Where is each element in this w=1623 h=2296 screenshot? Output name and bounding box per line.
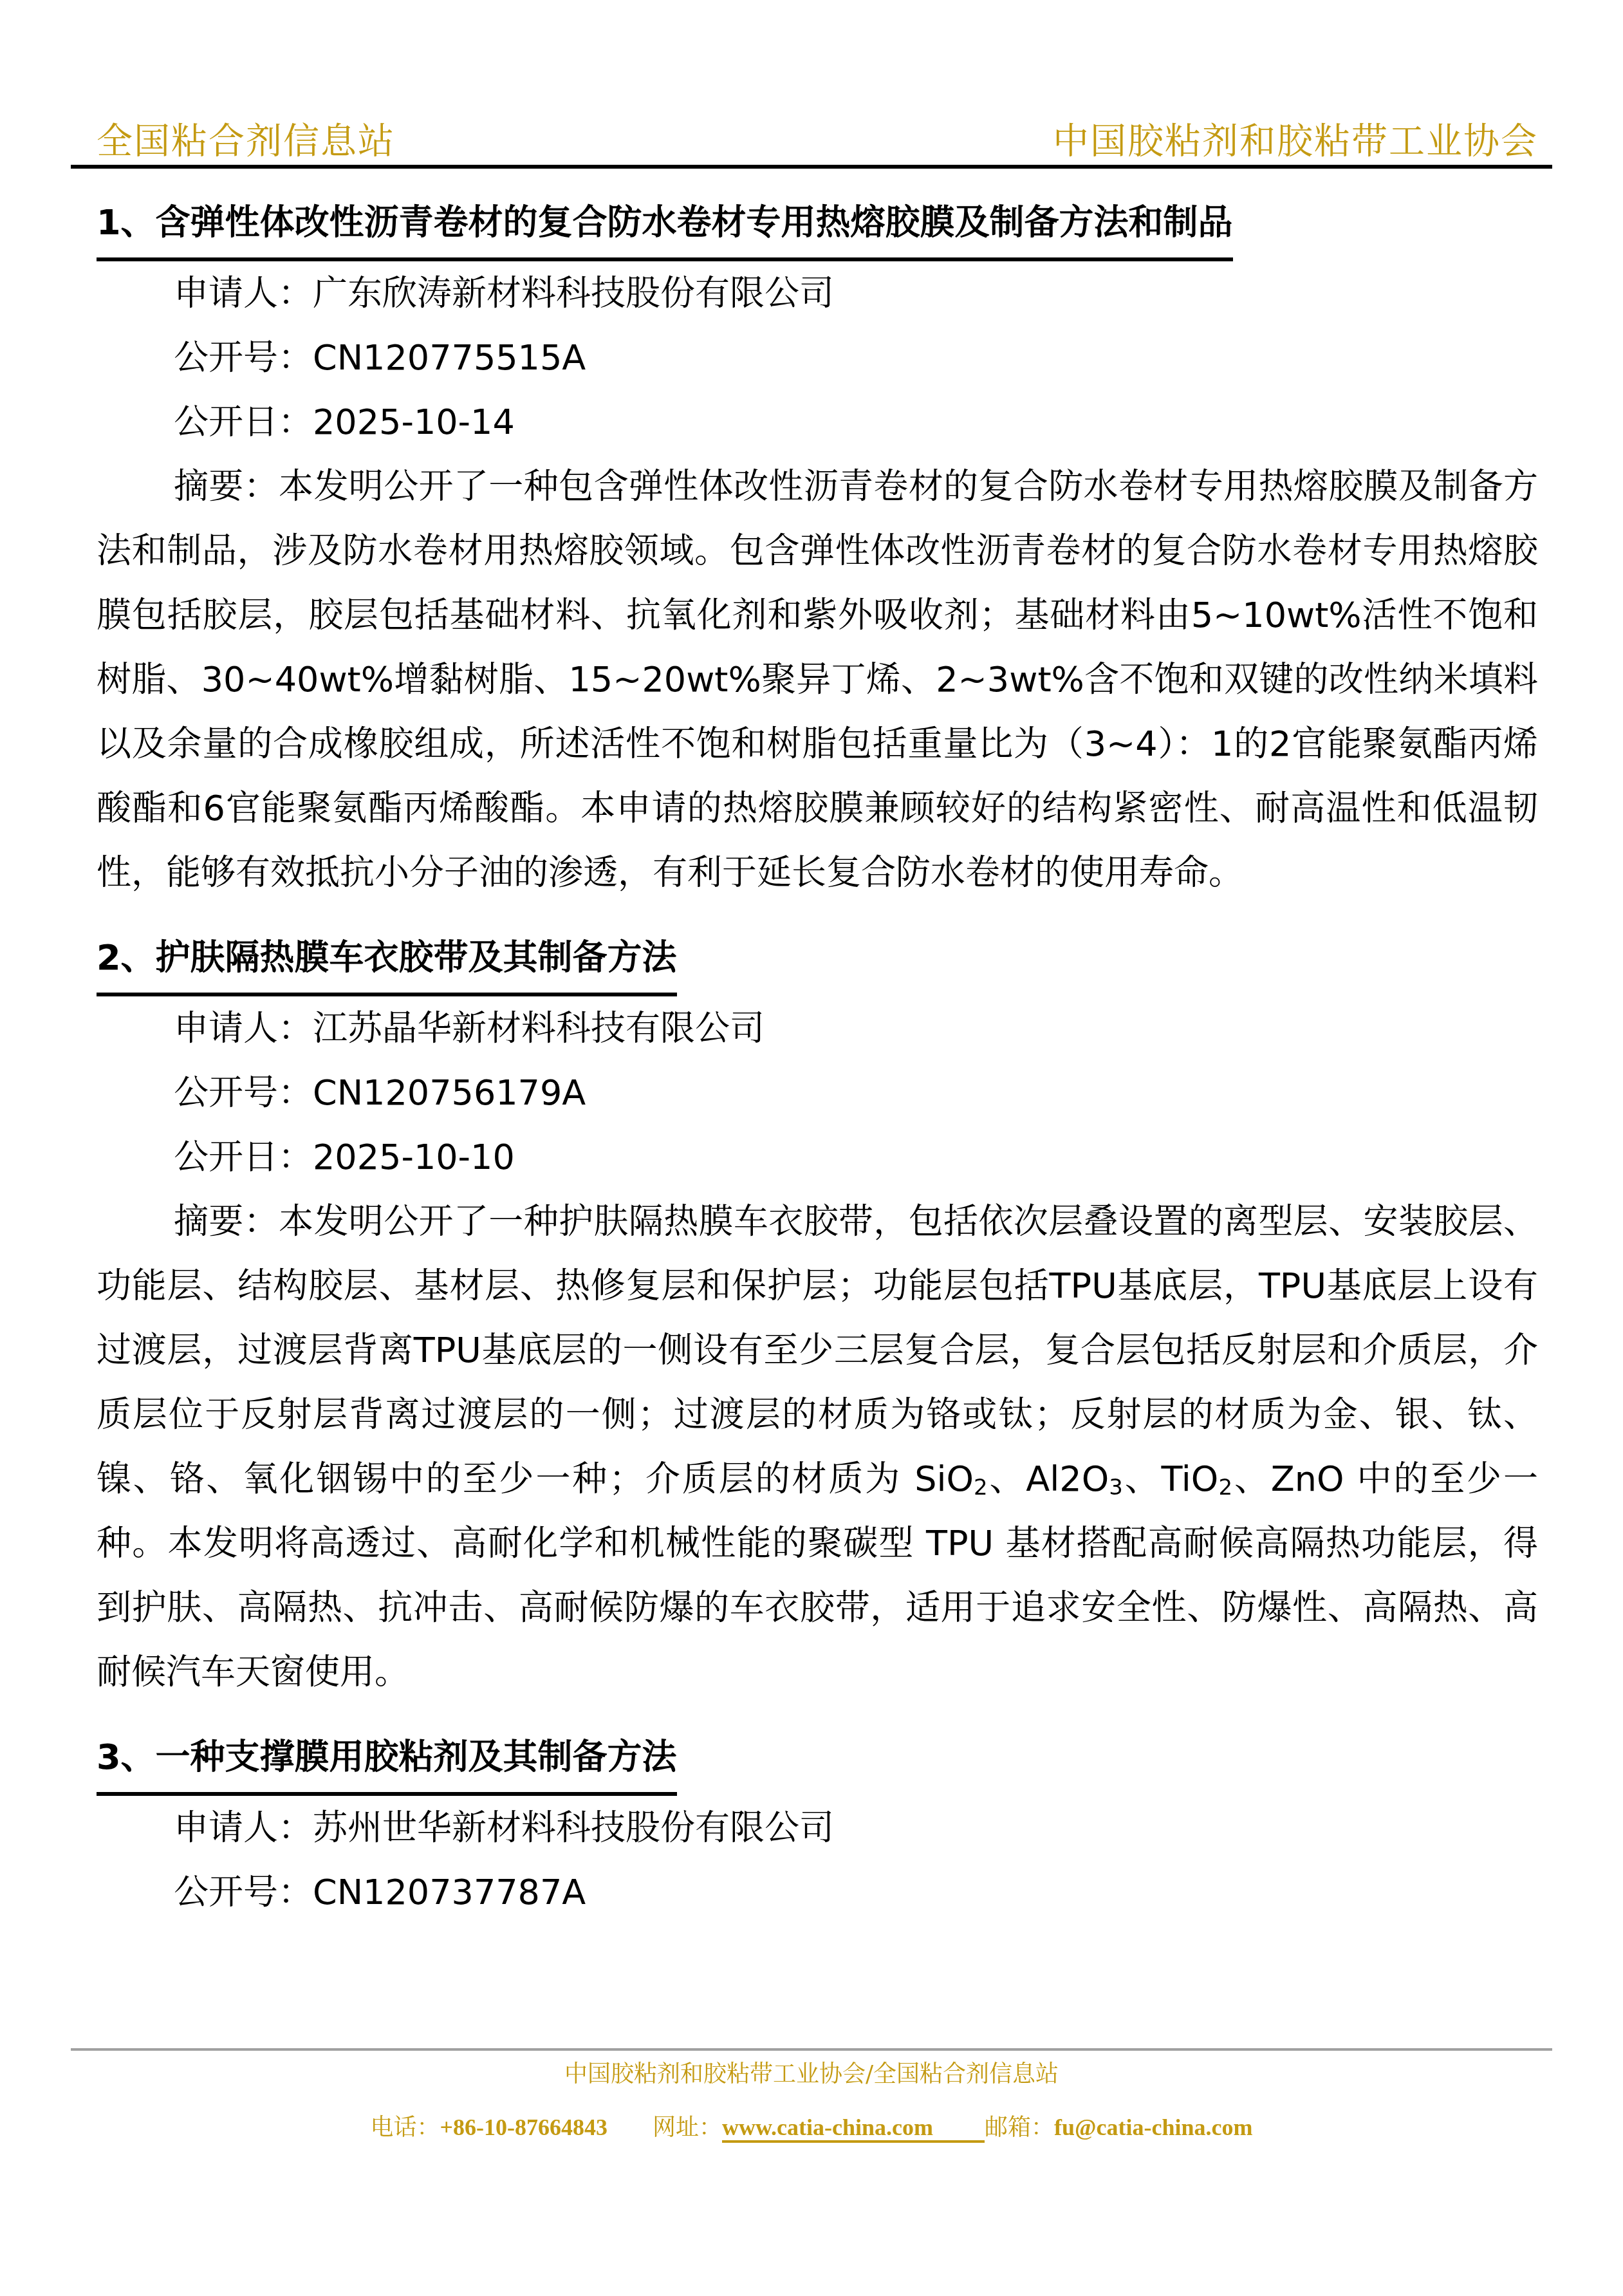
abstract-paragraph: 摘要：本发明公开了一种包含弹性体改性沥青卷材的复合防水卷材专用热熔胶膜及制备方法… xyxy=(97,454,1538,905)
applicant-value: 苏州世华新材料科技股份有限公司 xyxy=(313,1807,834,1848)
footer-organization: 中国胶粘剂和胶粘带工业协会/全国粘合剂信息站 xyxy=(0,2058,1623,2091)
header-association-name: 中国胶粘剂和胶粘带工业协会 xyxy=(1053,116,1538,167)
pub-number-label: 公开号： xyxy=(174,1072,313,1113)
applicant-line: 申请人：江苏晶华新材料科技有限公司 xyxy=(97,996,1538,1061)
pub-date-value: 2025-10-10 xyxy=(313,1137,515,1177)
phone-label: 电话： xyxy=(371,2114,440,2141)
pub-number-line: 公开号：CN120756179A xyxy=(97,1061,1538,1125)
applicant-value: 江苏晶华新材料科技有限公司 xyxy=(313,1008,765,1049)
pub-number-line: 公开号：CN120737787A xyxy=(97,1860,1538,1925)
applicant-line: 申请人：苏州世华新材料科技股份有限公司 xyxy=(97,1796,1538,1860)
applicant-label: 申请人： xyxy=(174,273,313,313)
pub-date-line: 公开日：2025-10-14 xyxy=(97,390,1538,454)
subscript: 2 xyxy=(1218,1475,1232,1500)
footer-divider xyxy=(71,2048,1552,2051)
abstract-paragraph: 摘要：本发明公开了一种护肤隔热膜车衣胶带，包括依次层叠设置的离型层、安装胶层、功… xyxy=(97,1190,1538,1704)
email-address[interactable]: fu@catia-china.com xyxy=(1054,2114,1252,2140)
pub-date-label: 公开日： xyxy=(174,1137,313,1177)
patent-entry-1: 1、含弹性体改性沥青卷材的复合防水卷材专用热熔胶膜及制备方法和制品 申请人：广东… xyxy=(97,193,1538,905)
pub-number-label: 公开号： xyxy=(174,337,313,378)
footer-contact-line: 电话：+86-10-87664843网址：www.catia-china.com… xyxy=(0,2111,1623,2144)
header-divider xyxy=(71,165,1552,169)
abstract-text: 本发明公开了一种护肤隔热膜车衣胶带，包括依次层叠设置的离型层、安装胶层、功能层、… xyxy=(97,1201,1538,1499)
document-body: 1、含弹性体改性沥青卷材的复合防水卷材专用热熔胶膜及制备方法和制品 申请人：广东… xyxy=(97,193,1538,1925)
abstract-label: 摘要： xyxy=(174,1201,279,1242)
abstract-text: 、TiO xyxy=(1123,1459,1219,1499)
subscript: 3 xyxy=(1109,1475,1123,1500)
pub-number-line: 公开号：CN120775515A xyxy=(97,326,1538,390)
applicant-label: 申请人： xyxy=(174,1008,313,1049)
patent-title: 1、含弹性体改性沥青卷材的复合防水卷材专用热熔胶膜及制备方法和制品 xyxy=(97,193,1233,261)
website-link[interactable]: www.catia-china.com xyxy=(722,2114,985,2143)
section-spacer xyxy=(97,905,1538,928)
abstract-text: 本发明公开了一种包含弹性体改性沥青卷材的复合防水卷材专用热熔胶膜及制备方法和制品… xyxy=(97,466,1538,893)
abstract-text: 、Al2O xyxy=(988,1459,1109,1499)
pub-number-label: 公开号： xyxy=(174,1872,313,1912)
pub-date-line: 公开日：2025-10-10 xyxy=(97,1125,1538,1190)
patent-title: 3、一种支撑膜用胶粘剂及其制备方法 xyxy=(97,1728,677,1796)
applicant-value: 广东欣涛新材料科技股份有限公司 xyxy=(313,273,834,313)
phone-number: +86-10-87664843 xyxy=(440,2114,608,2140)
patent-entry-3: 3、一种支撑膜用胶粘剂及其制备方法 申请人：苏州世华新材料科技股份有限公司 公开… xyxy=(97,1728,1538,1925)
header-site-name: 全国粘合剂信息站 xyxy=(97,116,395,167)
patent-entry-2: 2、护肤隔热膜车衣胶带及其制备方法 申请人：江苏晶华新材料科技有限公司 公开号：… xyxy=(97,928,1538,1704)
pub-date-label: 公开日： xyxy=(174,402,313,442)
subscript: 2 xyxy=(974,1475,988,1500)
website-label: 网址： xyxy=(653,2114,722,2141)
section-spacer xyxy=(97,1704,1538,1728)
applicant-line: 申请人：广东欣涛新材料科技股份有限公司 xyxy=(97,261,1538,326)
pub-date-value: 2025-10-14 xyxy=(313,402,515,442)
pub-number-value: CN120737787A xyxy=(313,1872,586,1912)
page-header: 全国粘合剂信息站 中国胶粘剂和胶粘带工业协会 xyxy=(97,116,1538,167)
email-label: 邮箱： xyxy=(985,2114,1054,2141)
pub-number-value: CN120756179A xyxy=(313,1072,586,1113)
patent-title: 2、护肤隔热膜车衣胶带及其制备方法 xyxy=(97,928,677,996)
abstract-label: 摘要： xyxy=(174,466,279,507)
applicant-label: 申请人： xyxy=(174,1807,313,1848)
pub-number-value: CN120775515A xyxy=(313,337,586,378)
